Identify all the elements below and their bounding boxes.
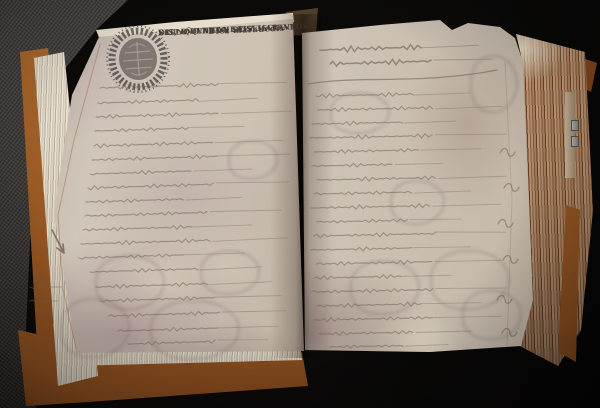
handwriting-overlay — [0, 0, 600, 408]
photo-of-open-manuscript-book: Diez marauedis SELLO QVARTO, DIEZ MARAVE… — [0, 0, 600, 408]
